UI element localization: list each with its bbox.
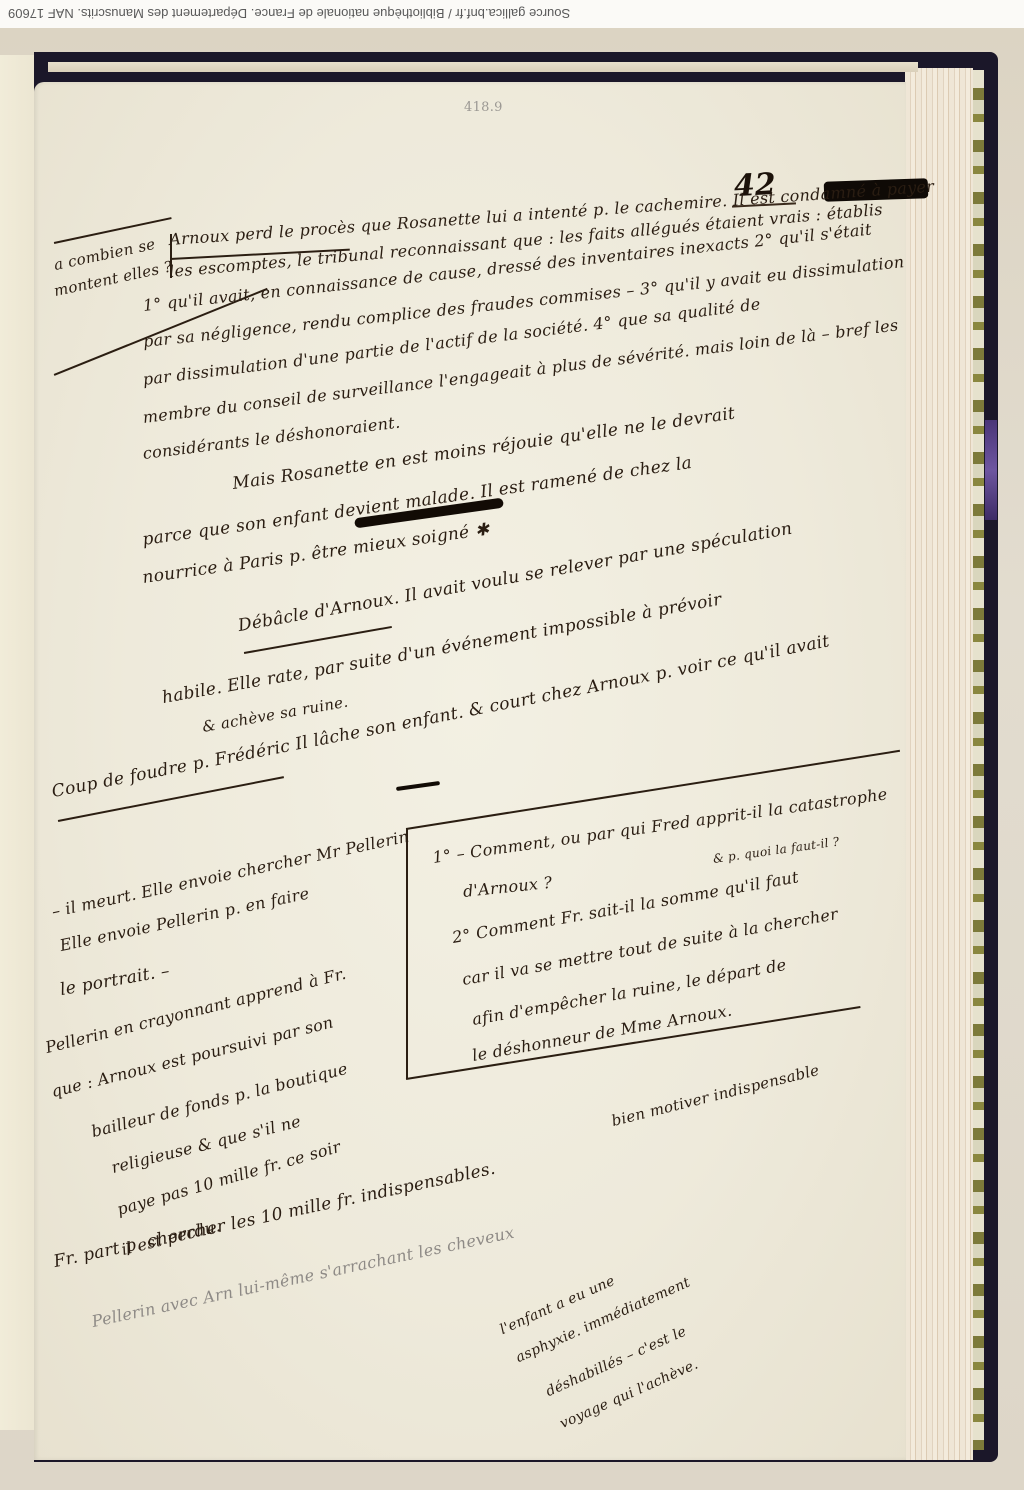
facing-page-edge xyxy=(0,55,35,1430)
box-line-2: d'Arnoux ? xyxy=(462,873,553,901)
source-caption-bar: Source gallica.bnf.fr / Bibliothèque nat… xyxy=(0,0,1024,28)
section-dash xyxy=(396,781,440,791)
manuscript-page: 418.9 42 a combien se montent elles ? Ar… xyxy=(34,82,906,1460)
top-page-edges xyxy=(48,62,918,72)
binding-ribbon xyxy=(985,420,997,520)
box-insertion: & p. quoi la faut-il ? xyxy=(712,834,840,866)
source-caption: Source gallica.bnf.fr / Bibliothèque nat… xyxy=(8,6,570,21)
marbled-endpaper xyxy=(972,70,984,1450)
left-col-line-3: le portrait. – xyxy=(59,961,172,1000)
page-stack-edge xyxy=(905,68,973,1460)
para2-line-1: Mais Rosanette en est moins réjouie qu'e… xyxy=(231,404,736,494)
para3-line-1: Débâcle d'Arnoux. Il avait voulu se rele… xyxy=(237,519,794,636)
box-line-1: 1° – Comment, ou par qui Fred apprit-il … xyxy=(431,784,888,867)
box-left-border xyxy=(406,828,408,1078)
bottom-note-line-4: voyage qui l'achève. xyxy=(557,1357,700,1432)
pencil-folio-number: 418.9 xyxy=(464,100,503,115)
para3-line-2: habile. Elle rate, par suite d'un événem… xyxy=(161,590,724,708)
indispensable-annotation: bien motiver indispensable xyxy=(610,1061,822,1130)
